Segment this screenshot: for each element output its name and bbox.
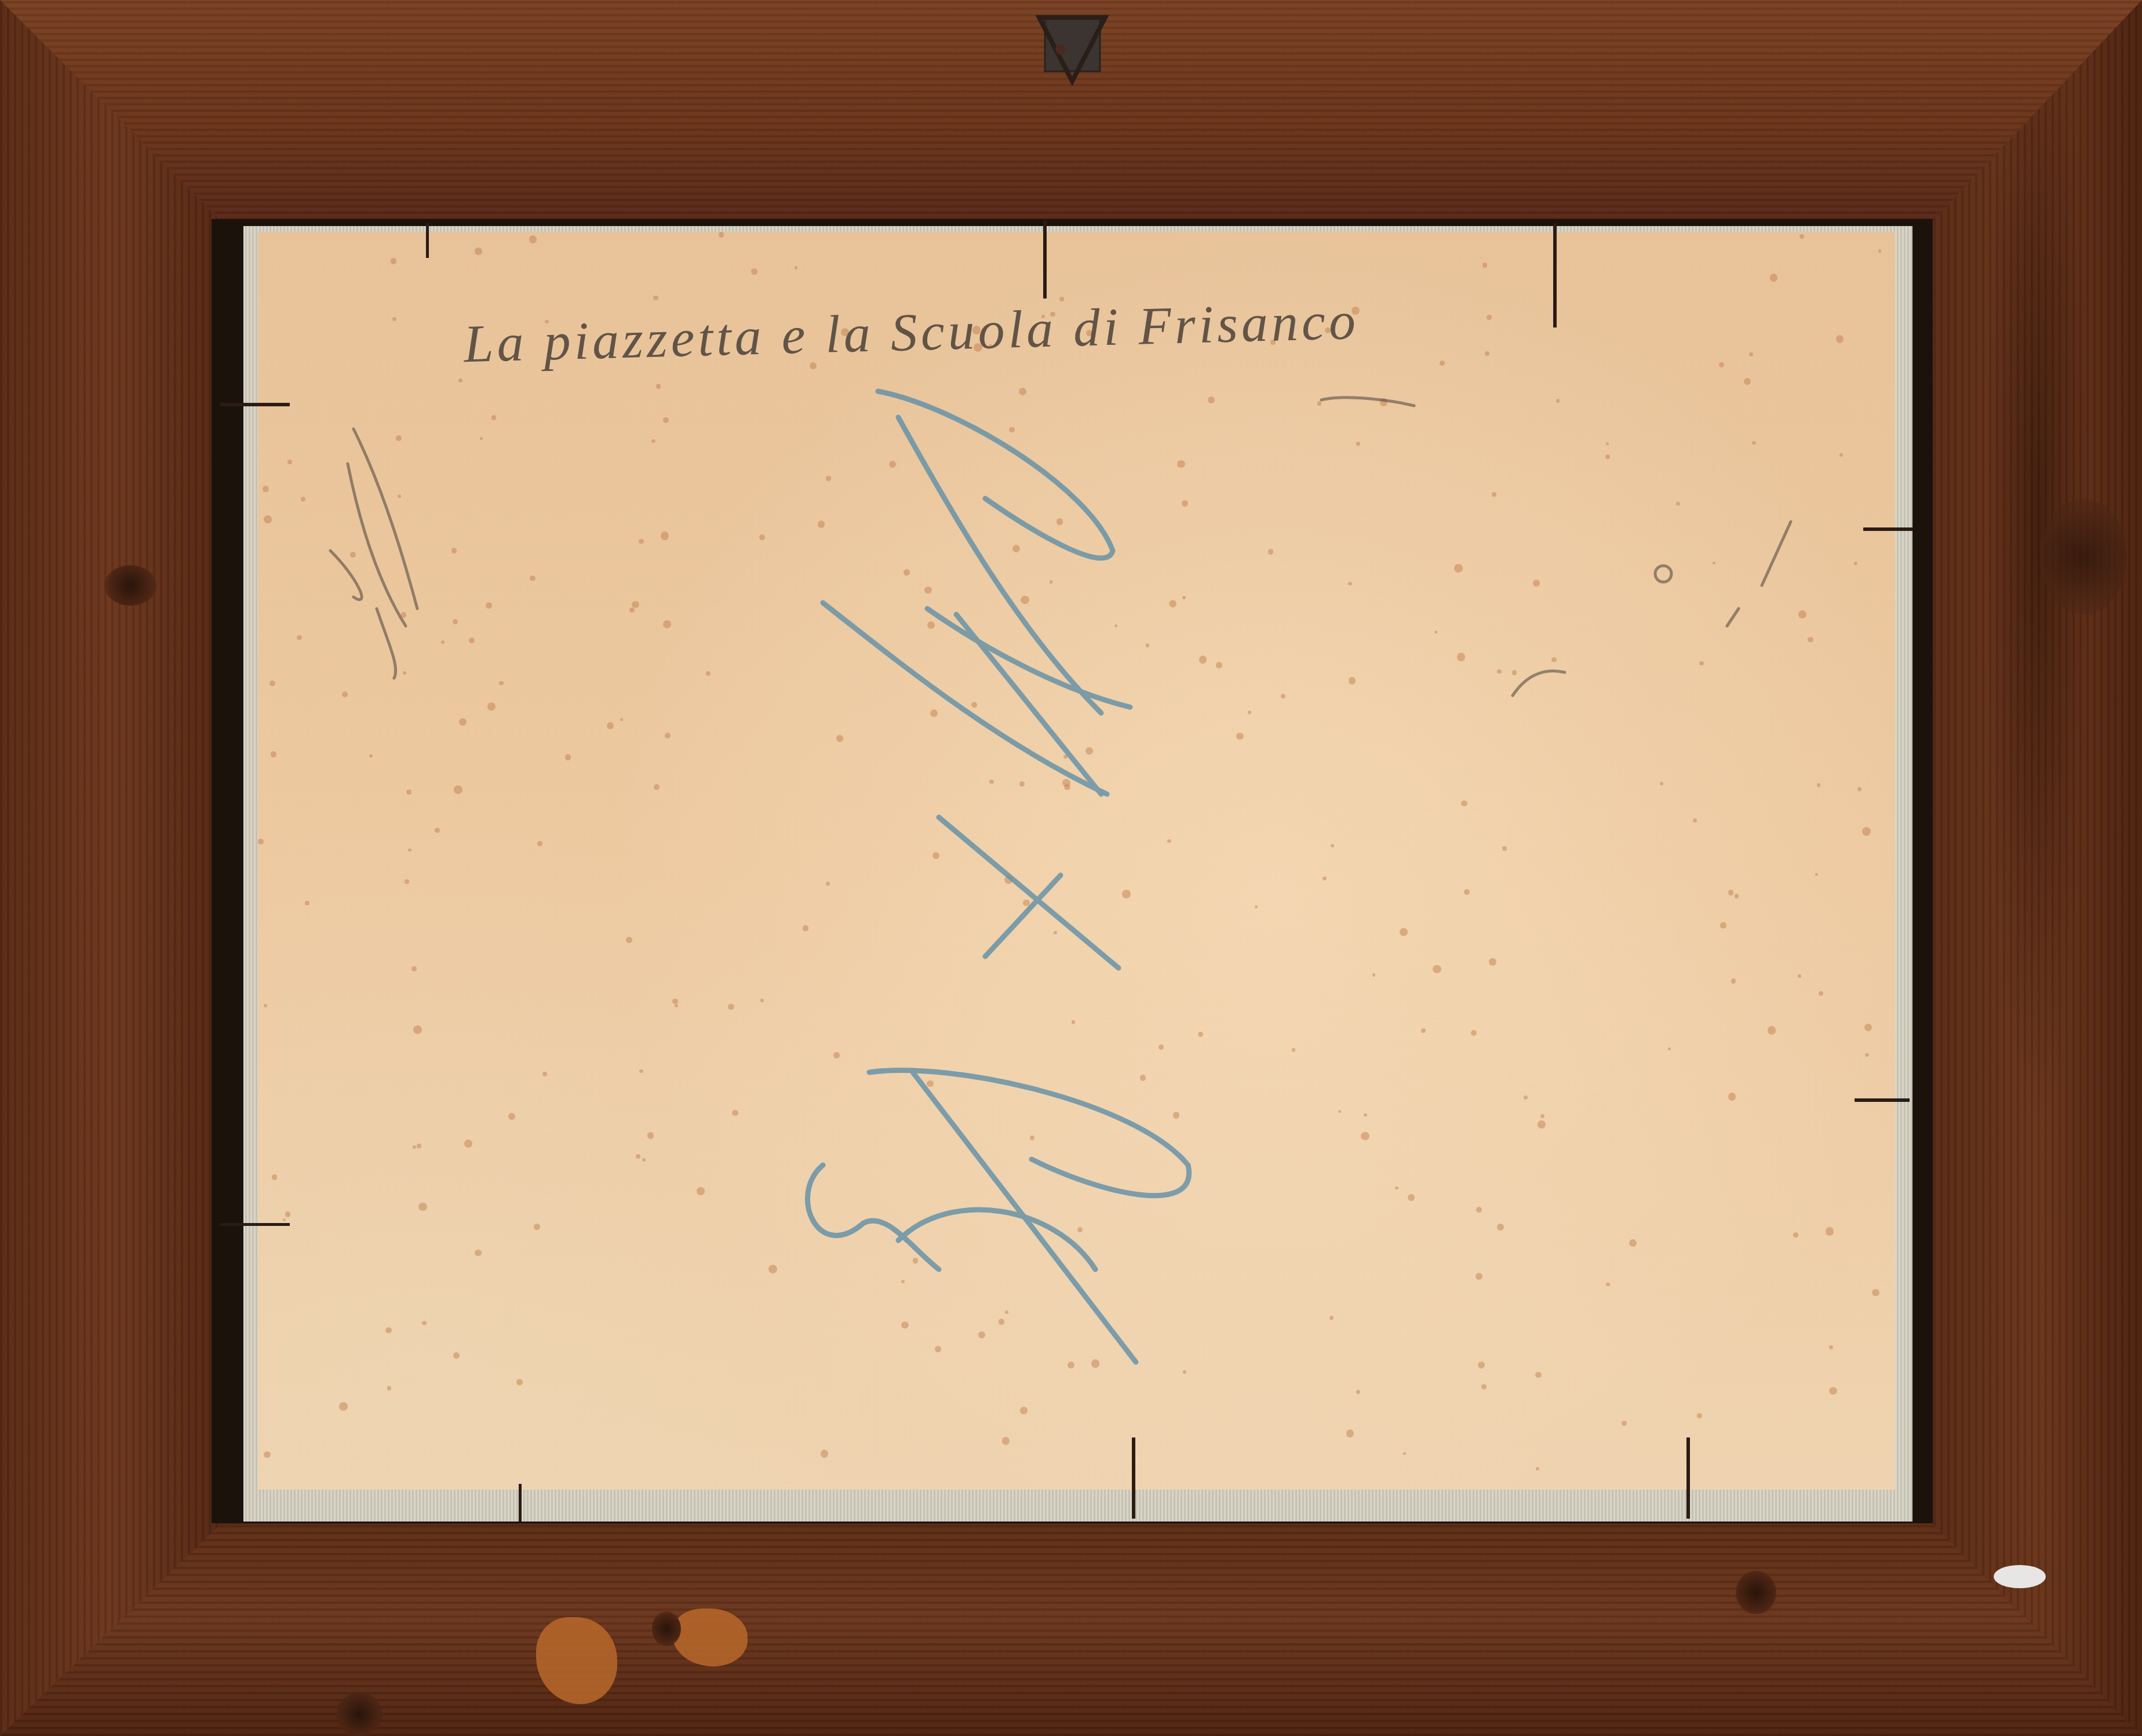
foxing-speck [1502,846,1506,850]
foxing-speck [1668,1047,1671,1050]
foxing-speck [1865,1053,1869,1057]
hanger-icon [1034,6,1110,87]
foxing-speck [1862,827,1871,836]
foxing-speck [1077,1227,1083,1232]
foxing-speck [607,722,614,729]
foxing-speck [264,515,272,523]
foxing-speck [1421,1028,1426,1033]
foxing-speck [1676,502,1680,505]
foxing-speck [1329,1316,1334,1320]
foxing-speck [1854,562,1857,565]
foxing-speck [1140,1075,1146,1080]
foxing-speck [264,1451,270,1458]
foxing-speck [1454,564,1463,573]
foxing-speck [1331,844,1334,847]
foxing-speck [1819,991,1823,996]
foxing-speck [833,1052,840,1058]
foxing-speck [1004,876,1012,884]
foxing-speck [1063,755,1068,759]
foxing-speck [1660,782,1663,785]
foxing-speck [1476,1207,1482,1213]
foxing-speck [1605,454,1610,459]
foxing-speck [287,460,292,464]
foxing-speck [1054,931,1057,934]
foxing-speck [913,1258,918,1263]
foxing-speck [1728,890,1733,895]
foxing-speck [1208,396,1215,403]
foxing-speck [1815,873,1818,876]
foxing-speck [1182,500,1188,507]
foxing-speck [1434,631,1437,634]
foxing-speck [901,1322,908,1329]
foxing-speck [435,828,440,833]
wood-knot [336,1693,382,1736]
foxing-speck [826,882,830,886]
foxing-speck [542,1072,547,1076]
foxing-speck [1808,637,1813,642]
foxing-speck [1364,1113,1367,1116]
foxing-speck [1752,441,1756,445]
foxing-speck [480,437,483,440]
foxing-speck [391,258,396,264]
foxing-speck [1461,800,1467,807]
foxing-speck [642,1158,646,1162]
foxing-speck [285,1211,290,1217]
frame-rail-right [1933,0,2142,1736]
foxing-speck [1068,1362,1074,1369]
foxing-speck [272,1174,278,1180]
foxing-speck [1177,460,1185,468]
foxing-speck [1829,1345,1833,1349]
foxing-speck [413,1025,422,1034]
foxing-speck [927,1080,933,1087]
foxing-speck [989,780,994,784]
paper-backing [258,232,1895,1490]
foxing-speck [1478,1362,1485,1369]
foxing-speck [1693,818,1697,822]
foxing-speck [647,1132,654,1138]
foxing-speck [271,751,276,757]
foxing-speck [1798,974,1801,978]
foxing-speck [653,296,658,301]
nail [1043,220,1047,299]
foxing-speck [350,552,356,558]
foxing-speck [1719,362,1724,367]
foxing-speck [1020,1407,1027,1414]
nail [519,1484,522,1522]
foxing-speck [1857,787,1862,791]
nail [1855,1098,1910,1102]
foxing-speck [1019,781,1025,787]
foxing-speck [675,1004,678,1007]
foxing-speck [1878,249,1881,252]
foxing-speck [475,1250,482,1257]
foxing-speck [1348,582,1352,586]
foxing-speck [626,937,632,943]
foxing-speck [1216,662,1222,668]
foxing-speck [751,268,757,275]
foxing-speck [1799,234,1804,239]
foxing-speck [297,635,302,640]
foxing-speck [760,999,764,1002]
foxing-speck [1713,562,1715,565]
foxing-speck [491,415,496,420]
foxing-speck [469,638,475,643]
foxing-speck [1255,905,1258,909]
foxing-speck [454,785,462,794]
foxing-speck [656,384,661,388]
foxing-speck [1699,661,1703,665]
foxing-speck [459,718,467,726]
foxing-speck [451,548,457,554]
foxing-speck [1349,677,1356,684]
foxing-speck [1551,657,1557,663]
foxing-speck [1064,784,1070,790]
foxing-speck [1770,274,1777,281]
foxing-speck [663,417,669,423]
nail [1132,1437,1135,1519]
foxing-speck [1829,1387,1837,1395]
foxing-speck [534,1224,540,1230]
wood-knot [652,1611,681,1646]
foxing-speck [1524,1096,1528,1100]
foxing-speck [1512,670,1517,675]
foxing-speck [1346,1429,1354,1437]
foxing-speck [263,486,269,492]
frame-rail-left [0,0,220,1736]
foxing-speck [406,789,411,795]
foxing-speck [803,925,809,931]
foxing-speck [1292,1048,1296,1052]
foxing-speck [1281,694,1285,698]
foxing-speck [1482,263,1487,267]
foxing-speck [305,901,309,905]
foxing-speck [639,539,644,544]
nail [426,223,429,258]
foxing-speck [1476,1273,1482,1280]
foxing-speck [719,232,724,238]
nail [220,1223,290,1226]
foxing-speck [1744,378,1751,385]
foxing-speck [1489,958,1496,966]
foxing-speck [971,702,977,708]
foxing-speck [1826,1227,1834,1235]
wood-knot [104,565,156,606]
foxing-speck [924,587,932,594]
foxing-speck [1606,442,1609,445]
foxing-speck [1403,1452,1406,1455]
foxing-speck [369,754,373,758]
foxing-speck [1485,351,1489,356]
foxing-speck [1199,656,1207,664]
foxing-speck [1728,1093,1736,1101]
foxing-speck [1198,1032,1203,1037]
foxing-speck [1122,890,1130,898]
foxing-speck [1433,965,1441,974]
foxing-speck [706,671,711,676]
foxing-speck [301,497,305,501]
foxing-speck [458,379,462,383]
nail [1553,223,1557,327]
foxing-speck [464,1140,472,1148]
foxing-speck [1012,545,1020,552]
foxing-speck [1622,1421,1627,1426]
foxing-speck [1169,600,1176,607]
foxing-speck [620,718,623,721]
foxing-speck [818,521,825,527]
foxing-speck [1091,1359,1100,1368]
frame-rail-bottom [0,1524,2142,1736]
foxing-speck [516,1379,523,1385]
foxing-speck [728,1004,734,1010]
foxing-speck [1167,839,1171,843]
foxing-speck [978,1331,985,1338]
foxing-speck [1323,876,1327,880]
foxing-speck [1749,352,1753,356]
foxing-speck [1629,1239,1637,1247]
foxing-speck [759,534,765,540]
foxing-speck [1356,442,1360,446]
foxing-speck [1030,1136,1034,1140]
foxing-speck [413,1145,417,1149]
foxing-speck [901,1280,905,1283]
foxing-speck [1487,315,1492,320]
foxing-speck [1183,1370,1186,1373]
foxing-speck [1380,398,1388,406]
foxing-speck [398,494,401,498]
foxing-speck [1798,610,1806,618]
foxing-speck [768,1265,777,1273]
foxing-speck [1023,900,1030,907]
foxing-speck [1497,1224,1504,1231]
foxing-speck [1182,596,1186,600]
foxing-speck [821,1450,828,1457]
foxing-speck [1002,1437,1010,1445]
foxing-speck [1492,492,1496,497]
foxing-speck [639,1069,643,1073]
foxing-speck [1836,335,1844,343]
foxing-speck [475,248,482,254]
foxing-speck [258,839,264,845]
foxing-speck [1114,624,1117,627]
foxing-speck [411,966,416,971]
foxing-speck [795,266,798,270]
foxing-speck [1440,361,1445,366]
foxing-speck [453,1352,460,1359]
foxing-speck [385,1327,392,1334]
foxing-speck [661,532,669,540]
foxing-speck [565,754,571,760]
foxing-speck [999,1319,1005,1325]
foxing-speck [1236,733,1244,740]
foxing-speck [935,1346,941,1352]
foxing-speck [663,620,671,628]
foxing-speck [1481,1384,1487,1389]
foxing-speck [453,619,458,624]
foxing-speck [403,671,406,675]
foxing-speck [408,849,411,851]
foxing-speck [1817,783,1821,787]
foxing-speck [1839,453,1843,457]
foxing-speck [1606,1283,1609,1286]
foxing-speck [1535,1372,1541,1378]
foxing-speck [1317,401,1321,405]
foxing-speck [1497,669,1502,674]
foxing-speck [1361,1132,1369,1140]
foxing-speck [665,733,671,738]
foxing-speck [264,1004,267,1007]
nail [1686,1437,1690,1519]
foxing-speck [339,1402,348,1411]
foxing-speck [697,1187,705,1195]
foxing-speck [1408,1194,1415,1201]
foxing-speck [1538,1120,1546,1129]
foxing-speck [405,879,409,883]
foxing-speck [422,1321,426,1325]
foxing-speck [1159,1044,1164,1050]
foxing-speck [1019,388,1026,395]
foxing-speck [417,1144,421,1148]
foxing-speck [1057,518,1063,525]
paint-chip [1994,1565,2046,1588]
foxing-speck [1735,894,1739,898]
foxing-speck [530,576,535,581]
foxing-speck [654,784,660,790]
foxing-speck [1248,711,1251,714]
foxing-speck [1697,1413,1702,1418]
wood-knot [1736,1571,1776,1614]
foxing-speck [904,569,910,576]
foxing-speck [392,317,396,321]
foxing-speck [486,602,492,609]
foxing-speck [1872,1289,1879,1297]
foxing-speck [1464,889,1470,895]
foxing-speck [1372,973,1375,976]
foxing-speck [1356,1390,1360,1394]
foxing-speck [508,1113,515,1120]
foxing-speck [1533,580,1540,587]
foxing-speck [836,735,843,742]
foxing-speck [1731,978,1736,984]
picture-frame-back: La piazzetta e la Scuola di Frisanco [0,0,2142,1736]
foxing-speck [629,607,635,613]
foxing-speck [418,1203,427,1211]
foxing-speck [732,1110,738,1116]
foxing-speck [651,439,655,443]
foxing-speck [487,703,496,711]
foxing-speck [1050,580,1052,583]
foxing-speck [1395,1187,1398,1190]
foxing-speck [1864,1024,1872,1031]
foxing-speck [342,692,348,697]
foxing-speck [1005,1311,1008,1314]
foxing-speck [1146,643,1150,647]
foxing-speck [283,1218,286,1221]
foxing-speck [499,681,504,686]
foxing-speck [529,235,537,243]
foxing-speck [269,680,276,687]
foxing-speck [636,1154,640,1159]
foxing-speck [932,852,939,859]
nail [1863,527,1913,531]
foxing-speck [1793,1232,1798,1238]
foxing-speck [1400,928,1407,936]
foxing-speck [441,640,445,644]
foxing-speck [1768,1026,1776,1035]
foxing-speck [1457,653,1465,661]
foxing-speck [401,612,406,617]
foxing-speck [826,476,830,481]
foxing-speck [672,999,677,1004]
foxing-speck [1720,922,1726,928]
foxing-speck [1338,1110,1341,1113]
foxing-speck [1268,549,1273,554]
nail [220,403,290,406]
foxing-speck [927,621,935,629]
foxing-speck [1009,427,1015,433]
foxing-speck [537,841,542,846]
foxing-speck [930,709,938,717]
foxing-speck [1536,1467,1539,1471]
foxing-speck [387,1386,391,1390]
foxing-speck [1556,399,1560,402]
foxing-speck [889,461,896,468]
foxing-speck [1173,1112,1180,1119]
wood-knot [2040,498,2127,614]
foxing-speck [396,435,402,441]
foxing-speck [1021,596,1029,605]
foxing-speck [1085,747,1093,755]
foxing-speck [1540,1114,1545,1119]
foxing-speck [1471,1030,1477,1036]
foxing-speck [1072,1020,1075,1024]
